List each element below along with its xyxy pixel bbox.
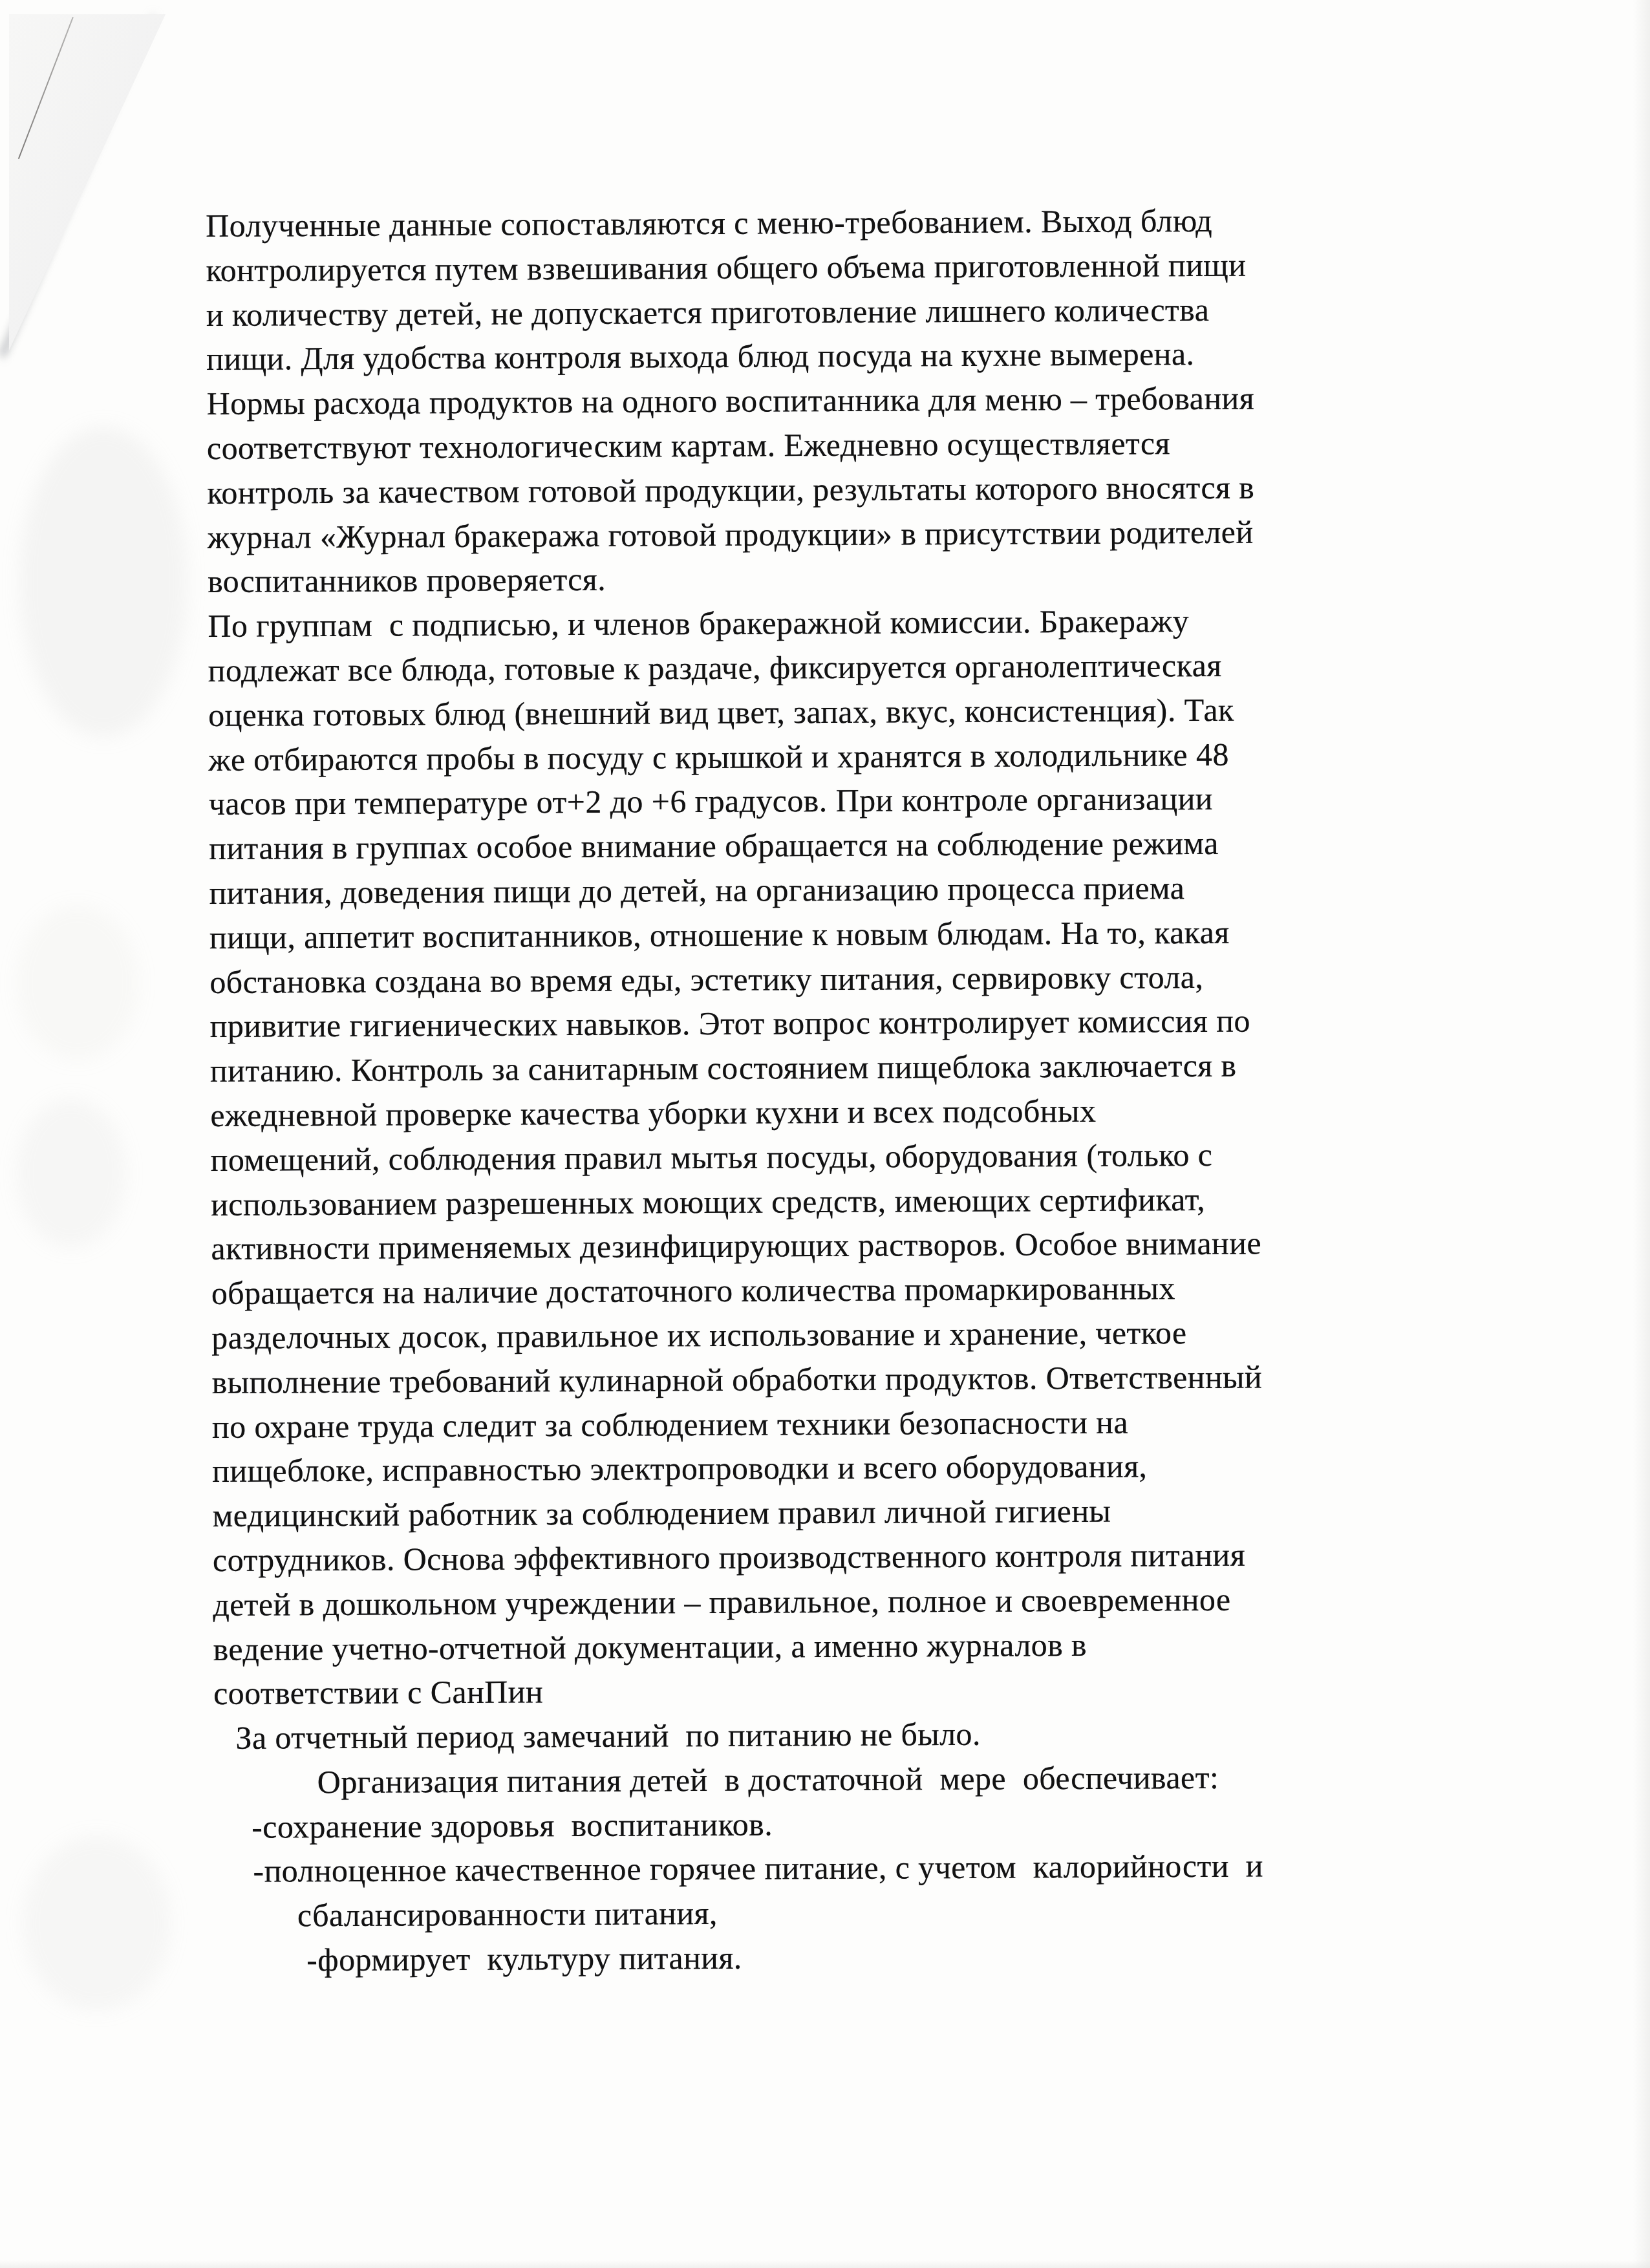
text-line: За отчетный период замечаний по питанию … <box>213 1709 1500 1760</box>
text-line: привитие гигиенических навыков. Этот воп… <box>209 998 1496 1049</box>
text-line: питания, доведения пищи до детей, на орг… <box>209 864 1495 915</box>
text-line: подлежат все блюда, готовые к раздаче, ф… <box>208 642 1495 693</box>
document-page: Полученные данные сопоставляются с меню-… <box>0 0 1650 2268</box>
scan-smudge <box>23 1836 171 2011</box>
text-line: обращается на наличие достаточного колич… <box>211 1265 1498 1316</box>
scan-smudge <box>16 905 139 1060</box>
text-line: активности применяемых дезинфицирующих р… <box>211 1220 1497 1271</box>
text-line: воспитанников проверяется. <box>208 553 1494 604</box>
text-line: питанию. Контроль за санитарным состояни… <box>210 1042 1497 1093</box>
text-line: же отбираются пробы в посуду с крышкой и… <box>208 731 1495 782</box>
text-line: -формирует культуру питания. <box>215 1932 1501 1983</box>
folded-corner <box>9 14 166 350</box>
scan-edge-shade <box>0 2260 1650 2268</box>
text-line: Полученные данные сопоставляются с меню-… <box>206 197 1492 248</box>
text-line: -сохранение здоровья воспитаников. <box>214 1798 1501 1849</box>
text-line: использованием разрешенных моющих средст… <box>211 1175 1497 1226</box>
text-line: выполнение требований кулинарной обработ… <box>211 1353 1498 1404</box>
text-line: пищи. Для удобства контроля выхода блюд … <box>206 330 1493 381</box>
text-line: сбалансированности питания, <box>215 1887 1501 1938</box>
text-line: Организация питания детей в достаточной … <box>214 1753 1501 1804</box>
text-line: пищи, аппетит воспитанников, отношение к… <box>209 908 1496 959</box>
text-line: ежедневной проверке качества уборки кухн… <box>210 1086 1497 1137</box>
text-line: -полноценное качественное горячее питани… <box>214 1843 1501 1894</box>
document-text-block: Полученные данные сопоставляются с меню-… <box>206 197 1501 1983</box>
text-line: и количеству детей, не допускается приго… <box>206 286 1493 337</box>
text-line: питания в группах особое внимание обраща… <box>209 820 1495 871</box>
text-line: обстановка создана во время еды, эстетик… <box>209 953 1496 1004</box>
text-line: контроль за качеством готовой продукции,… <box>207 464 1494 515</box>
text-line: разделочных досок, правильное их использ… <box>211 1309 1498 1360</box>
text-line: По группам с подписью, и членов бракераж… <box>208 597 1494 648</box>
text-line: помещений, соблюдения правил мытья посуд… <box>211 1131 1497 1182</box>
text-line: сотрудников. Основа эффективного произво… <box>213 1531 1499 1582</box>
text-line: по охране труда следит за соблюдением те… <box>212 1398 1499 1449</box>
text-line: соответствуют технологическим картам. Еж… <box>207 420 1494 471</box>
text-line: Нормы расхода продуктов на одного воспит… <box>206 375 1493 426</box>
scan-smudge <box>19 427 187 737</box>
text-line: часов при температуре от+2 до +6 градусо… <box>209 775 1495 826</box>
text-line: контролируется путем взвешивания общего … <box>206 241 1492 292</box>
scan-smudge <box>16 1099 126 1248</box>
text-line: соответствии с СанПин <box>213 1665 1500 1716</box>
text-line: оценка готовых блюд (внешний вид цвет, з… <box>208 686 1495 737</box>
text-line: журнал «Журнал бракеража готовой продукц… <box>208 508 1494 559</box>
text-line: детей в дошкольном учреждении – правильн… <box>213 1576 1499 1627</box>
text-line: ведение учетно-отчетной документации, а … <box>213 1620 1500 1671</box>
scan-edge-shade <box>1633 0 1650 2268</box>
text-line: медицинский работник за соблюдением прав… <box>212 1487 1499 1538</box>
text-line: пищеблоке, исправностью электропроводки … <box>212 1442 1499 1493</box>
